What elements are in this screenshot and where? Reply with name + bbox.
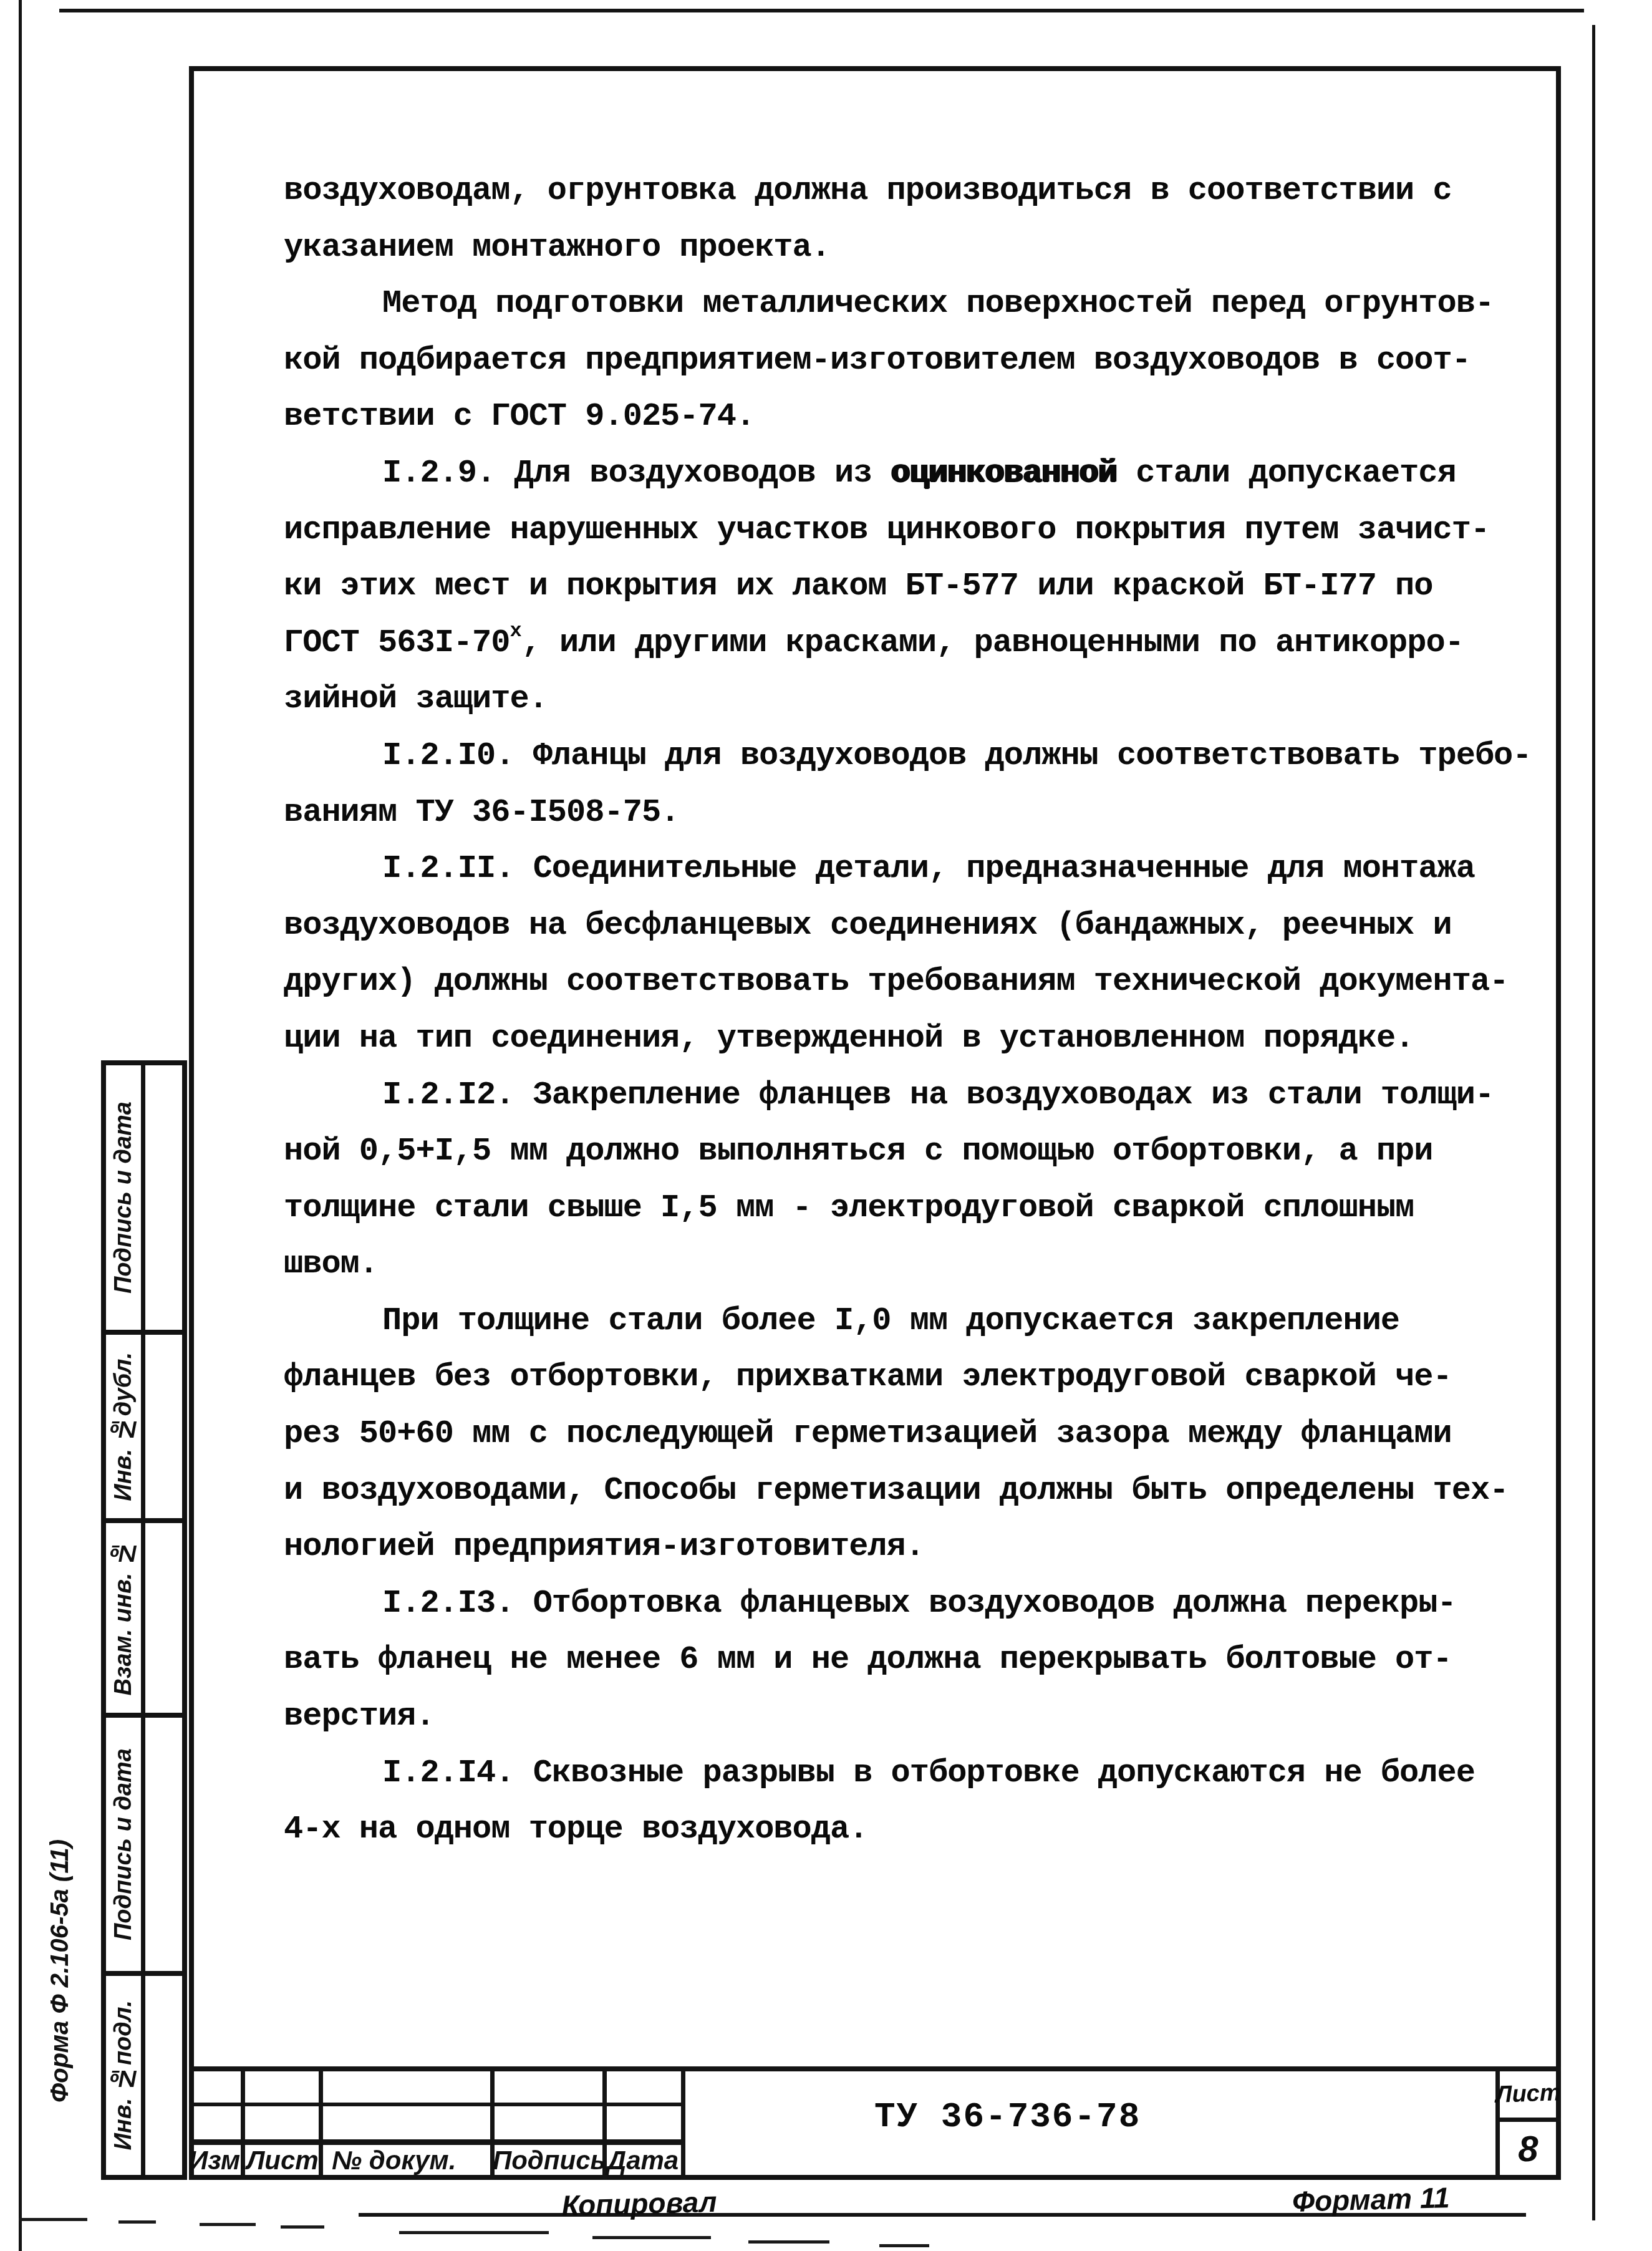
text-line-start: указанием монтажного проекта. (284, 229, 830, 266)
stamp-label: Взам. инв. № (110, 1540, 137, 1695)
scan-dash (879, 2244, 929, 2247)
document-number: ТУ 36-736-78 (874, 2097, 1249, 2137)
text-line-start: воздуховодов на бесфланцевых соединениях… (284, 907, 1452, 944)
scan-edge-line-left (19, 0, 22, 2251)
text-line-start: рез 50+60 мм с последующей герметизацией… (284, 1415, 1452, 1452)
column-header-podpis: Подпись (493, 2144, 604, 2177)
text-line-start: исправление нарушенных участков цинковог… (284, 511, 1489, 548)
text-line-start: фланцев без отбортовки, прихватками элек… (284, 1358, 1452, 1395)
text-line: ной 0,5+I,5 мм должно выполняться с помо… (284, 1111, 1537, 1168)
scan-dash (399, 2231, 549, 2234)
stamp-label-cell: Подпись и дата (106, 1718, 145, 1971)
text-line-start: нологией предприятия-изготовителя. (284, 1528, 924, 1565)
scan-dash (118, 2220, 156, 2224)
text-line: рез 50+60 мм с последующей герметизацией… (284, 1394, 1537, 1451)
stamp-label: Инв. №дубл. (110, 1352, 137, 1501)
stamp-blank-cell (145, 1335, 182, 1518)
text-line: других) должны соответствовать требовани… (284, 942, 1537, 999)
text-line: 4-х на одном торце воздуховода. (284, 1789, 1537, 1846)
text-line-end: стали допускается (1117, 455, 1456, 491)
text-line: При толщине стали более I,0 мм допускает… (284, 1281, 1537, 1338)
stamp-blank-cell (145, 1523, 182, 1713)
text-line-start: и воздуховодами, Способы герметизации до… (284, 1472, 1508, 1509)
column-header-data: Дата (604, 2144, 682, 2177)
text-line-start: ваниям ТУ 36-I508-75. (284, 794, 679, 831)
stamp-label-cell: Взам. инв. № (106, 1523, 145, 1713)
text-line: Метод подготовки металлических поверхнос… (284, 264, 1537, 321)
superscript-mark: х (510, 619, 521, 642)
overstruck-word: оцинкованной (891, 455, 1117, 491)
text-line: ки этих мест и покрытия их лаком БТ-577 … (284, 546, 1537, 603)
text-line-start: ной 0,5+I,5 мм должно выполняться с помо… (284, 1133, 1433, 1169)
scan-edge-line-right (1592, 25, 1595, 2220)
copied-label: Копировал (536, 2184, 742, 2224)
format-label: Формат 11 (1292, 2179, 1517, 2218)
margin-stamp-column: Подпись и дата Инв. №дубл. Взам. инв. № … (101, 1060, 187, 2180)
text-line-start: I.2.I4. Сквозные разрывы в отбортовке до… (382, 1755, 1475, 1791)
text-line: верстия. (284, 1677, 1537, 1733)
text-line-start: При толщине стали более I,0 мм допускает… (382, 1302, 1399, 1339)
text-line: фланцев без отбортовки, прихватками элек… (284, 1337, 1537, 1394)
text-line: толщине стали свыше I,5 мм - электродуго… (284, 1168, 1537, 1225)
stamp-label: Подпись и дата (110, 1101, 137, 1294)
sheet-number: 8 (1495, 2121, 1561, 2177)
text-line-start: воздуховодам, огрунтовка должна производ… (284, 172, 1452, 209)
text-line: ваниям ТУ 36-I508-75. (284, 773, 1537, 830)
stamp-row: Подпись и дата (106, 1713, 182, 1971)
text-line-start: швом. (284, 1246, 378, 1282)
text-line: кой подбирается предприятием-изготовител… (284, 321, 1537, 377)
text-line-start: I.2.I2. Закрепление фланцев на воздухово… (382, 1077, 1494, 1113)
stamp-label: Инв. №подл. (110, 2000, 137, 2150)
title-block-top-border (189, 2066, 1561, 2071)
column-header-izm: Изм. (189, 2144, 243, 2177)
text-line-start: верстия. (284, 1698, 435, 1735)
text-line-start: I.2.I3. Отбортовка фланцевых воздуховодо… (382, 1585, 1456, 1622)
text-line-start: I.2.9. Для воздуховодов из (382, 455, 891, 491)
text-line-start: ветствии с ГОСТ 9.025-74. (284, 398, 755, 435)
text-line-start: I.2.I0. Фланцы для воздуховодов должны с… (382, 737, 1532, 774)
stamp-blank-cell (145, 1718, 182, 1971)
column-header-dokum: № докум. (323, 2144, 500, 2177)
text-line: зийной защите. (284, 659, 1537, 716)
scan-dash (200, 2223, 256, 2226)
stamp-row: Взам. инв. № (106, 1518, 182, 1713)
text-line: ГОСТ 563I-70х, или другими красками, рав… (284, 603, 1537, 660)
text-line-start: ки этих мест и покрытия их лаком БТ-577 … (284, 568, 1433, 604)
text-line: I.2.I0. Фланцы для воздуховодов должны с… (284, 716, 1537, 773)
scan-dash (19, 2218, 87, 2221)
text-line: исправление нарушенных участков цинковог… (284, 490, 1537, 547)
text-line: вать фланец не менее 6 мм и не должна пе… (284, 1620, 1537, 1677)
text-line-start: кой подбирается предприятием-изготовител… (284, 342, 1471, 379)
text-line: указанием монтажного проекта. (284, 208, 1537, 264)
scan-dash (748, 2240, 829, 2244)
text-line-end: , или другими красками, равноценными по … (522, 624, 1464, 661)
text-line-start: 4-х на одном торце воздуховода. (284, 1811, 867, 1847)
text-line-start: ГОСТ 563I-70 (284, 624, 510, 661)
scan-dash (592, 2236, 711, 2239)
form-number-container: Форма Ф 2.106-5а (11) (29, 1778, 91, 2164)
text-line-start: вать фланец не менее 6 мм и не должна пе… (284, 1641, 1452, 1678)
column-header-list: Лист (244, 2144, 321, 2177)
scanned-page: воздуховодам, огрунтовка должна производ… (0, 0, 1652, 2251)
stamp-row: Инв. №подл. (106, 1971, 182, 2175)
sheet-label: Лист (1495, 2068, 1562, 2119)
stamp-label: Подпись и дата (110, 1748, 137, 1940)
text-line: ветствии с ГОСТ 9.025-74. (284, 377, 1537, 433)
text-line: I.2.I3. Отбортовка фланцевых воздуховодо… (284, 1564, 1537, 1620)
text-line: воздуховодов на бесфланцевых соединениях… (284, 886, 1537, 942)
text-line: I.2.I2. Закрепление фланцев на воздухово… (284, 1055, 1537, 1112)
text-line-start: зийной защите. (284, 680, 548, 717)
text-line-start: толщине стали свыше I,5 мм - электродуго… (284, 1189, 1414, 1226)
revision-table-hline (189, 2103, 685, 2106)
document-body-text: воздуховодам, огрунтовка должна производ… (284, 151, 1537, 1846)
text-line: ции на тип соединения, утвержденной в ус… (284, 999, 1537, 1055)
stamp-row: Подпись и дата (106, 1065, 182, 1330)
stamp-row: Инв. №дубл. (106, 1330, 182, 1518)
stamp-blank-cell (145, 1976, 182, 2175)
text-line: I.2.II. Соединительные детали, предназна… (284, 829, 1537, 886)
stamp-label-cell: Инв. №подл. (106, 1976, 145, 2175)
stamp-blank-cell (145, 1065, 182, 1330)
text-line-start: ции на тип соединения, утвержденной в ус… (284, 1020, 1414, 1057)
text-line-start: других) должны соответствовать требовани… (284, 963, 1508, 1000)
stamp-label-cell: Инв. №дубл. (106, 1335, 145, 1518)
text-line-start: Метод подготовки металлических поверхнос… (382, 285, 1494, 322)
scan-dash (281, 2225, 324, 2229)
text-line-start: I.2.II. Соединительные детали, предназна… (382, 850, 1475, 887)
text-line: I.2.I4. Сквозные разрывы в отбортовке до… (284, 1733, 1537, 1790)
form-number-label: Форма Ф 2.106-5а (11) (46, 1839, 74, 2103)
text-line: I.2.9. Для воздуховодов из оцинкованной … (284, 433, 1537, 490)
stamp-label-cell: Подпись и дата (106, 1065, 145, 1330)
text-line: и воздуховодами, Способы герметизации до… (284, 1451, 1537, 1508)
scan-edge-line-top (59, 9, 1584, 12)
text-line: воздуховодам, огрунтовка должна производ… (284, 151, 1537, 208)
text-line: швом. (284, 1224, 1537, 1281)
text-line: нологией предприятия-изготовителя. (284, 1507, 1537, 1564)
